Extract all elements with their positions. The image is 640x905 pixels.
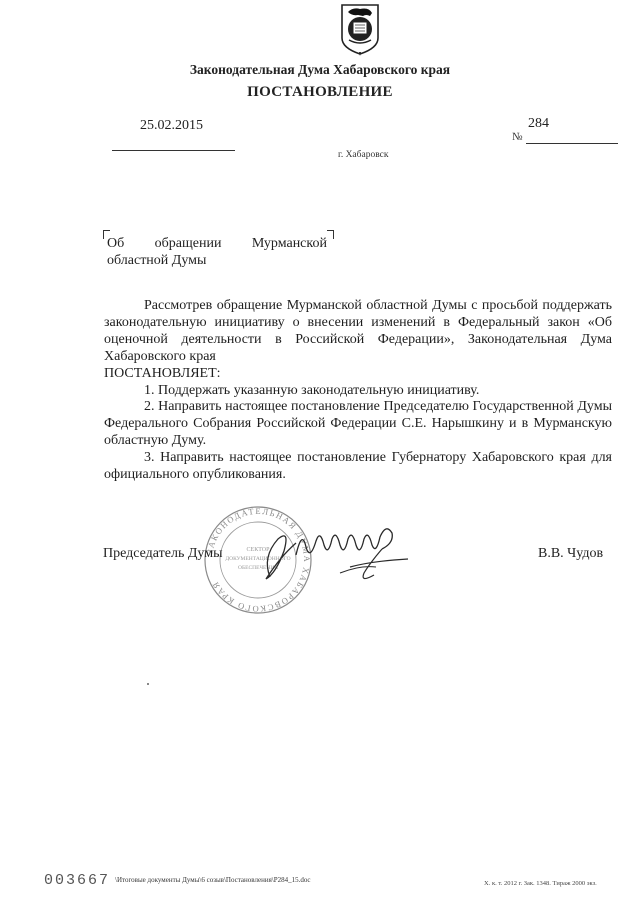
subject-word: обращении [155,235,222,252]
document-date: 25.02.2015 [140,118,203,134]
subject-word: Об [107,235,124,252]
number-sign: № [512,131,523,143]
subject-line-2: областной Думы [107,252,327,269]
print-info: Х. к. т. 2012 г. Зак. 1348. Тираж 2000 э… [484,880,597,887]
subject-word: Мурманской [252,235,327,252]
coat-of-arms-icon [339,2,381,56]
resolves-heading: ПОСТАНОВЛЯЕТ: [104,366,612,383]
file-path: \Итоговые документы Думы\6 созыв\Постано… [115,876,310,884]
date-underline [112,150,235,151]
resolution-item-3: 3. Направить настоящее постановление Губ… [104,450,612,484]
registration-number: 003667 [44,872,110,889]
number-underline [526,143,618,144]
resolution-item-2: 2. Направить настоящее постановление Пре… [104,399,612,450]
bracket-top-right [327,230,334,239]
handwritten-signature-icon [240,517,410,589]
city-label: г. Хабаровск [338,150,388,160]
document-type-title: ПОСТАНОВЛЕНИЕ [0,84,640,101]
preamble-paragraph: Рассмотрев обращение Мурманской областно… [104,298,612,366]
resolution-item-1: 1. Поддержать указанную законодательную … [104,383,612,400]
document-body: Рассмотрев обращение Мурманской областно… [104,298,612,484]
organization-name: Законодательная Дума Хабаровского края [0,62,640,78]
document-subject: Об обращении Мурманской областной Думы [107,235,327,269]
signatory-name: В.В. Чудов [538,546,603,562]
document-number: 284 [528,116,549,132]
signatory-title: Председатель Думы [103,546,223,562]
scan-artifact [147,683,149,685]
